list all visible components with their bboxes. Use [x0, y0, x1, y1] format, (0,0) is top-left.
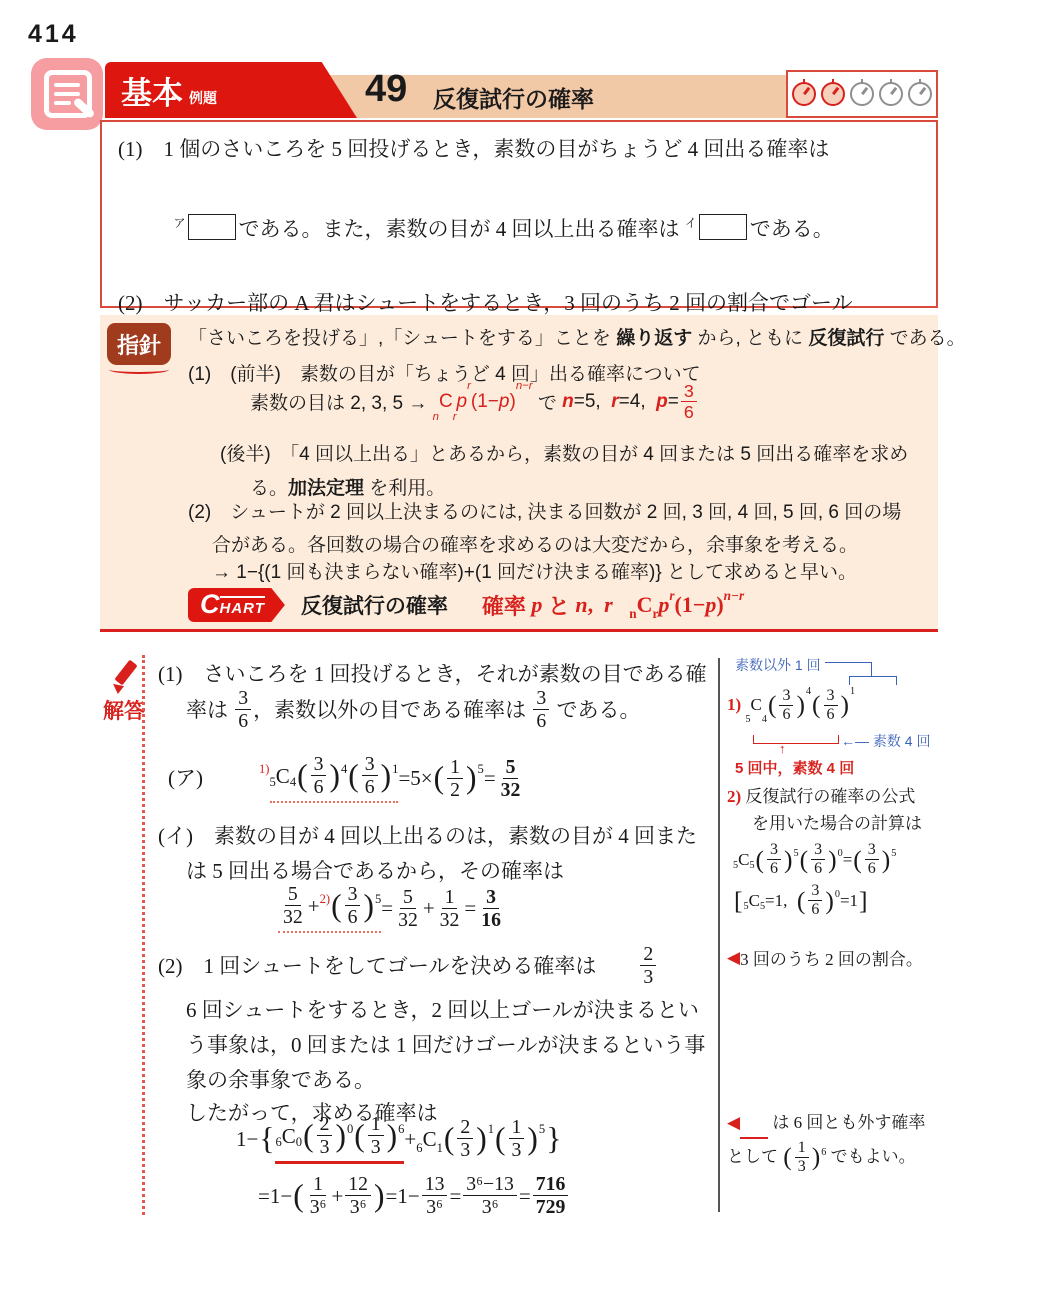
chart-logo: CHART	[188, 588, 285, 622]
problem-text: である。また，素数の目が 4 回以上出る確率は	[239, 217, 685, 241]
problem-box: (1) 1 個のさいころを 5 回投げるとき，素数の目がちょうど 4 回出る確率…	[100, 120, 938, 308]
answer-blank-i	[699, 214, 747, 240]
sidebar-divider	[718, 658, 720, 1212]
difficulty-clock-icon	[908, 82, 932, 106]
difficulty-clock-icon	[879, 82, 903, 106]
guidance-line-8: → 1−{(1 回も決まらない確率)+(1 回だけ決まる確率)} として求めると…	[212, 557, 857, 584]
problem-line: アである。また，素数の目が 4 回以上出る確率は イである。	[118, 168, 920, 285]
guidance-formula: 素数の目は 2, 3, 5 → nCrpr(1−p)n−r で n=5, r=4…	[250, 381, 699, 422]
pencil-icon	[104, 658, 144, 694]
annotation-blue-arrow-label: ←― 素数 4 回	[841, 731, 930, 751]
answer-dotted-divider	[142, 655, 145, 1215]
problem-text: である。	[750, 217, 834, 241]
blank-label-a: ア	[174, 216, 186, 230]
answer-line: う事象は，0 回または 1 回だけゴールが決まるという事	[186, 1028, 705, 1062]
answer-blank-a	[188, 214, 236, 240]
answer-formula-line: 率は 36，素数以外の目である確率は 36 である。	[186, 687, 641, 732]
example-header: 基本 例題 49 反復試行の確率	[105, 62, 938, 118]
category-sub-label: 例題	[189, 88, 217, 108]
chart-logo-c: C	[200, 592, 220, 616]
answer-line: (イ) 素数の目が 4 回以上出るのは，素数の目が 4 回また	[158, 819, 697, 853]
problem-line: (1) 1 個のさいころを 5 回投げるとき，素数の目がちょうど 4 回出る確率…	[118, 131, 920, 168]
note4-line-1: ◀ は 6 回とも外す確率	[727, 1107, 925, 1139]
answer-line: 6 回シュートをするとき，2 回以上ゴールが決まるとい	[186, 993, 699, 1027]
note-3: ◀3 回のうち 2 回の割合。	[727, 945, 923, 970]
note2-line: を用いた場合の計算は	[727, 810, 939, 837]
textbook-page: 414 基本 例題 49 反復試行の確率 (1) 1 個のさいころを 5 回投げ…	[0, 0, 1040, 1310]
doc-line-icon	[54, 101, 71, 105]
chart-title: 反復試行の確率	[301, 590, 448, 620]
note4-line-2: として (13)6 でもよい。	[727, 1139, 916, 1176]
blank-label-i: イ	[685, 216, 697, 230]
guidance-line-5: る。加法定理 を利用。	[250, 473, 445, 500]
answer-line-a: (ア) 1)5C4(36)4(36)1=5×(12)5=532	[168, 753, 525, 803]
chart-formula: 確率 p と n, r nCrpr(1−p)n−r	[482, 590, 744, 621]
note1-formula: 1) 5C4(36)4(36)1	[727, 687, 855, 724]
doc-line-icon	[54, 83, 80, 87]
answer-main-column: (1) さいころを 1 回投げるとき，それが素数の目である確 率は 36，素数以…	[158, 655, 714, 1221]
note2-head: 2) 反復試行の確率の公式	[727, 783, 915, 810]
blue-over-bracket	[849, 676, 897, 685]
answer-line-2: (2) 1 回シュートをしてゴールを決める確率は 23	[158, 943, 658, 988]
red-up-arrow-icon: ↑	[779, 741, 786, 757]
item-label-a: (ア)	[168, 761, 203, 795]
annotation-blue-label: 素数以外 1 回	[735, 655, 821, 675]
margin-notes: 素数以外 1 回 1) 5C4(36)4(36)1 ↑ ←― 素数 4 回 5 …	[727, 655, 939, 1215]
note2-formula-1: 5C5(36)5(36)0=(36)5	[727, 841, 896, 878]
final-formula-1: 1−{6C0(23)0(13)6+6C1(23)1(13)5}	[236, 1113, 562, 1164]
difficulty-clock-icon	[821, 82, 845, 106]
note-2: 2) 反復試行の確率の公式 を用いた場合の計算は 5C5(36)5(36)0=(…	[727, 783, 939, 919]
guidance-book-icon: 指針	[107, 323, 171, 365]
formula-a: 1)5C4(36)4(36)1=5×(12)5=532	[259, 753, 525, 803]
chart-logo-rest: HART	[220, 596, 265, 617]
difficulty-clock-icon	[792, 82, 816, 106]
formula-i: 532+2)(36)5=532+132=316	[278, 883, 506, 933]
category-tab: 基本 例題	[105, 62, 357, 118]
guidance-line-1: 「さいころを投げる」,「シュートをする」ことを 繰り返す から, ともに 反復試…	[188, 323, 966, 350]
guidance-line-4: (後半) 「4 回以上出る」とあるから，素数の目が 4 回または 5 回出る確率…	[220, 439, 908, 466]
note-4: ◀ は 6 回とも外す確率 として (13)6 でもよい。	[727, 1107, 939, 1176]
answer-line: (1) さいころを 1 回投げるとき，それが素数の目である確	[158, 657, 707, 691]
difficulty-meter	[786, 70, 938, 118]
note2-formula-2: [5C5=1, (36)0=1]	[727, 882, 869, 919]
annotation-red-label: 5 回中，素数 4 回	[735, 757, 854, 778]
red-under-bracket	[753, 735, 839, 744]
guidance-line-6: (2) シュートが 2 回以上決まるのには, 決まる回数が 2 回, 3 回, …	[188, 497, 901, 524]
example-title: 反復試行の確率	[433, 81, 594, 114]
page-number: 414	[28, 20, 79, 49]
example-number: 49	[365, 68, 407, 111]
document-search-icon	[31, 58, 103, 130]
category-label: 基本	[121, 68, 183, 113]
guidance-line-7: 合がある。各回数の場合の確率を求めるのは大変だから，余事象を考える。	[212, 530, 858, 557]
difficulty-clock-icon	[850, 82, 874, 106]
guidance-label: 指針	[117, 329, 161, 360]
chart-callout: CHART 反復試行の確率 確率 p と n, r nCrpr(1−p)n−r	[188, 583, 744, 627]
doc-line-icon	[54, 92, 80, 96]
note-1: 素数以外 1 回 1) 5C4(36)4(36)1 ↑ ←― 素数 4 回 5 …	[727, 655, 939, 781]
blue-elbow-line	[825, 662, 872, 676]
final-formula-2: =1−(13⁶+123⁶)=1−133⁶=3⁶−133⁶=716729	[258, 1173, 570, 1218]
answer-line: 象の余事象である。	[186, 1063, 375, 1097]
guidance-panel: 指針 「さいころを投げる」,「シュートをする」ことを 繰り返す から, ともに …	[100, 315, 938, 632]
